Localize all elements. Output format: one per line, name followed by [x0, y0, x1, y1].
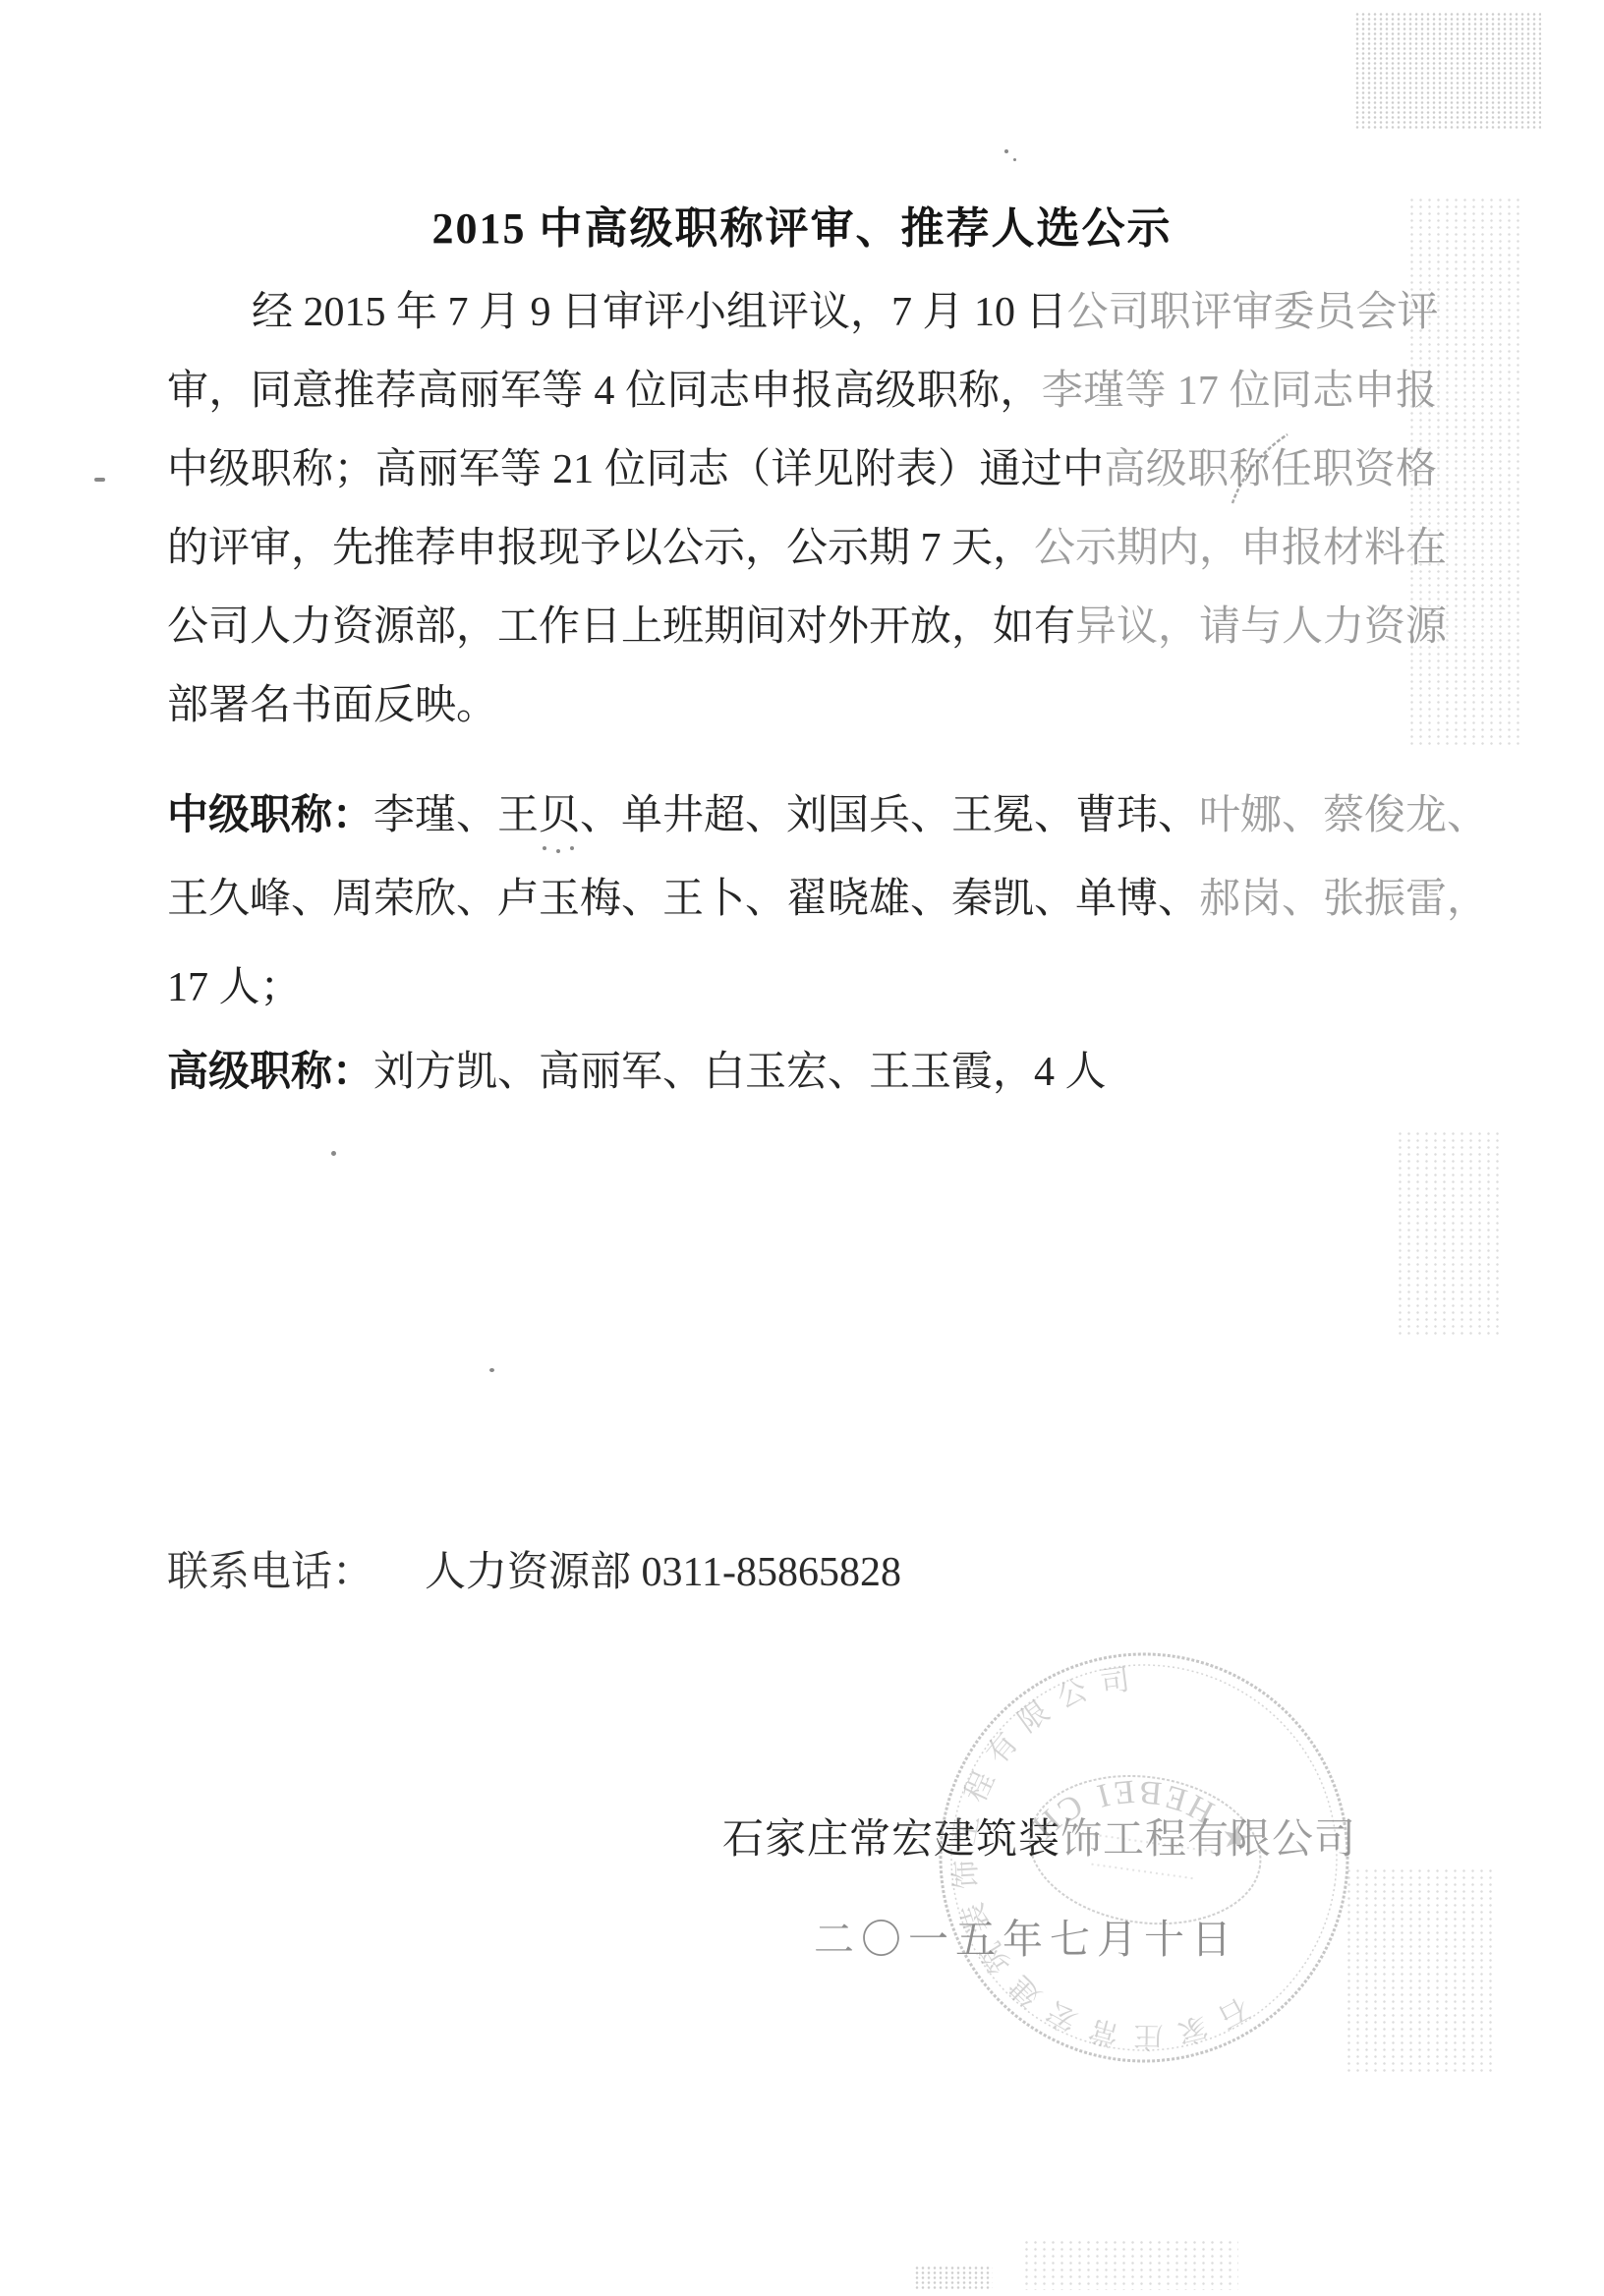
signature-date: 二〇一五年七月十日 — [814, 1907, 1238, 1965]
scan-mark — [1004, 149, 1008, 153]
scan-noise — [1396, 1130, 1504, 1337]
seal-center-mark — [1092, 1865, 1195, 1879]
text-segment: 公司职评审委员会评 — [1067, 290, 1439, 335]
contact-line: 联系电话：人力资源部 0311-85865828 — [167, 1545, 901, 1600]
scan-noise — [914, 2266, 993, 2291]
scan-mark — [489, 1368, 494, 1372]
text-segment: 郝岗、张振雷， — [1199, 877, 1488, 922]
scan-noise — [1345, 1867, 1492, 2074]
page-title: 2015 中高级职称评审、推荐人选公示 — [0, 193, 1604, 256]
paragraph-line: 公司人力资源部，工作日上班期间对外开放，如有异议，请与人力资源 — [167, 588, 1437, 666]
text-segment: 公司人力资源部，工作日上班期间对外开放，如有 — [167, 604, 1075, 650]
mid-level-names: 王久峰、周荣欣、卢玉梅、王卜、翟晓雄、秦凯、单博、郝岗、张振雷， — [167, 877, 1488, 922]
contact-label: 联系电话： — [167, 1550, 373, 1595]
text-segment: 审，同意推荐高丽军等 4 位同志申报高级职称， — [167, 369, 1042, 414]
senior-level-names: 刘方凯、高丽军、白玉宏、王玉霞，4 人 — [373, 1050, 1107, 1095]
scan-mark — [543, 846, 546, 850]
scan-mark — [331, 1151, 336, 1156]
mid-level-count: 17 人； — [167, 960, 1437, 1015]
text-segment: 叶娜、蔡俊龙、 — [1199, 793, 1488, 838]
text-segment: 经 2015 年 7 月 9 日审评小组评议，7 月 10 日 — [252, 290, 1067, 335]
text-segment: 石家庄常宏建筑装 — [722, 1817, 1060, 1863]
paragraph-line: 经 2015 年 7 月 9 日审评小组评议，7 月 10 日公司职评审委员会评 — [167, 273, 1437, 352]
scan-noise — [1354, 12, 1541, 130]
text-segment: 李瑾等 17 位同志申报 — [1042, 369, 1437, 414]
text-segment: 异议，请与人力资源 — [1075, 604, 1447, 650]
paragraph-line: 中级职称；高丽军等 21 位同志（详见附表）通过中高级职称任职资格 — [167, 430, 1437, 509]
scan-mark — [1013, 158, 1016, 161]
paragraph-line: 部署名书面反映。 — [167, 666, 1437, 745]
mid-level-names: 李瑾、王贝、单井超、刘国兵、王冕、曹玮、叶娜、蔡俊龙、 — [373, 793, 1488, 838]
text-segment: 饰工程有限公司 — [1060, 1817, 1356, 1863]
text-segment: 中级职称；高丽军等 21 位同志（详见附表）通过中 — [167, 447, 1104, 492]
paragraph-line: 审，同意推荐高丽军等 4 位同志申报高级职称，李瑾等 17 位同志申报 — [167, 352, 1437, 430]
text-segment: 王久峰、周荣欣、卢玉梅、王卜、翟晓雄、秦凯、单博、 — [167, 877, 1199, 922]
text-segment: 高级职称任职资格 — [1104, 447, 1437, 492]
signature-company: 石家庄常宏建筑装饰工程有限公司 — [722, 1807, 1356, 1865]
contact-value: 人力资源部 0311-85865828 — [425, 1550, 901, 1595]
text-segment: 部署名书面反映。 — [167, 683, 497, 728]
senior-level-label: 高级职称： — [167, 1050, 373, 1095]
senior-level-line: 高级职称：刘方凯、高丽军、白玉宏、王玉霞，4 人 — [167, 1045, 1437, 1100]
text-segment: 李瑾、王贝、单井超、刘国兵、王冕、曹玮、 — [373, 793, 1199, 838]
text-segment: 公示期内，申报材料在 — [1034, 526, 1447, 571]
scan-mark — [94, 478, 105, 482]
mid-level-label: 中级职称： — [167, 793, 373, 838]
scanned-document-page: 2015 中高级职称评审、推荐人选公示 经 2015 年 7 月 9 日审评小组… — [0, 0, 1604, 2296]
scan-mark — [570, 846, 574, 850]
announcement-paragraph: 经 2015 年 7 月 9 日审评小组评议，7 月 10 日公司职评审委员会评… — [167, 273, 1437, 745]
text-segment: 的评审，先推荐申报现予以公示，公示期 7 天， — [167, 526, 1034, 571]
scan-noise — [1022, 2239, 1238, 2290]
mid-level-names-line-1: 中级职称：李瑾、王贝、单井超、刘国兵、王冕、曹玮、叶娜、蔡俊龙、 — [167, 788, 1437, 843]
paragraph-line: 的评审，先推荐申报现予以公示，公示期 7 天，公示期内，申报材料在 — [167, 509, 1437, 588]
scan-mark — [556, 849, 560, 853]
mid-level-names-line-2: 王久峰、周荣欣、卢玉梅、王卜、翟晓雄、秦凯、单博、郝岗、张振雷， — [167, 872, 1437, 927]
